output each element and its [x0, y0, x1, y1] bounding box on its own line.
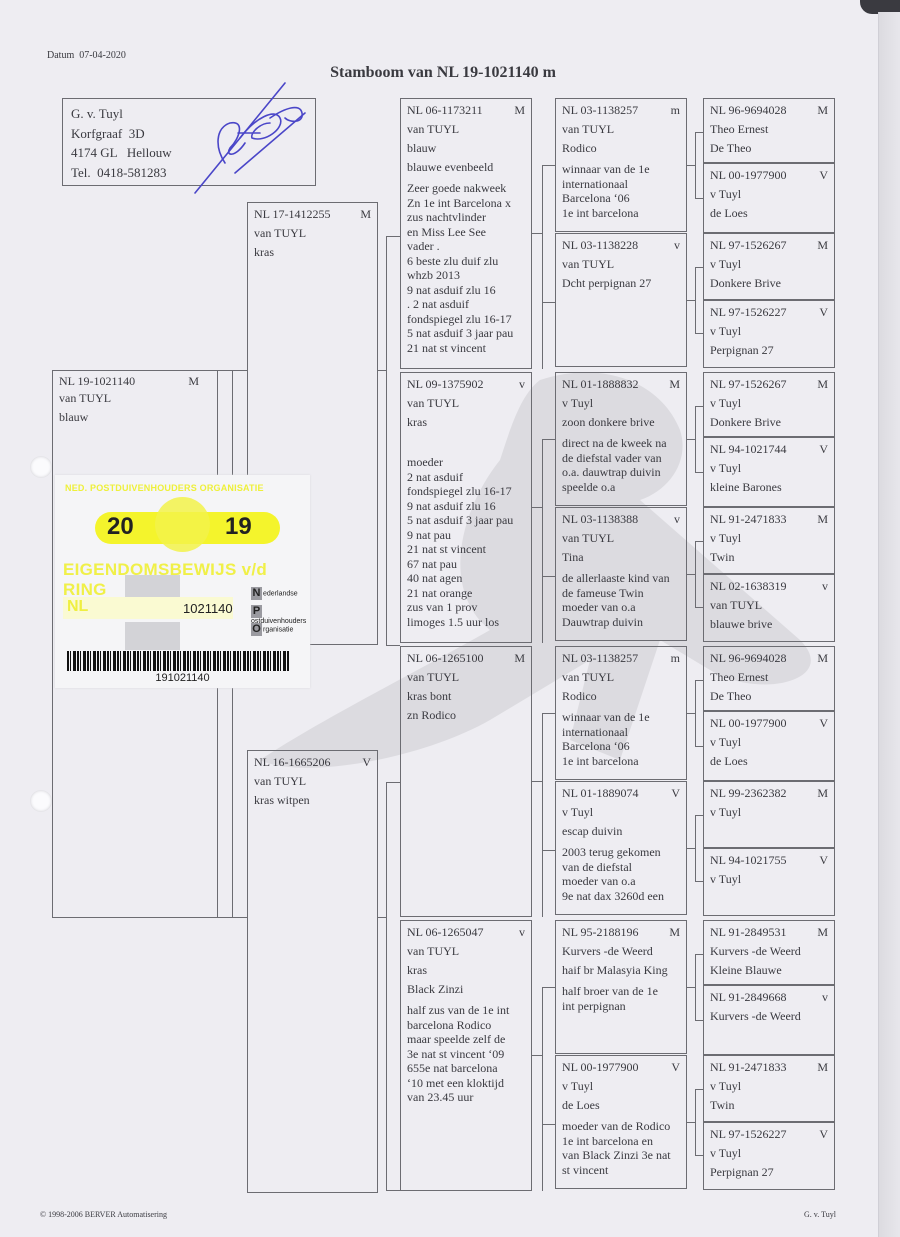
ring-number: NL 01-1888832	[562, 375, 639, 394]
gen3-ancestor-box: NL 01-1888832Mv Tuylzoon donkere brivedi…	[555, 372, 687, 506]
ancestor-line: zoon donkere brive	[562, 413, 680, 432]
ancestor-line: v Tuyl	[710, 459, 828, 478]
gen3-ancestor-box: NL 03-1138257mvan TUYLRodico winnaar van…	[555, 646, 687, 780]
ancestor-line: blauwe brive	[710, 615, 828, 634]
gen2-ancestor-box: NL 09-1375902vvan TUYLkrasmoeder 2 nat a…	[400, 372, 532, 643]
ring-number: NL 09-1375902	[407, 375, 484, 394]
npo-line: Organisatie	[251, 623, 293, 636]
ring-year-right: 19	[225, 513, 252, 541]
connector-line	[532, 507, 542, 508]
sex-marker: m	[671, 101, 680, 120]
ring-number: NL 97-1526227	[710, 1125, 787, 1144]
ring-number: NL 99-2362382	[710, 784, 787, 803]
ancestor-line: Rodico	[562, 687, 680, 706]
connector-line	[386, 1190, 400, 1191]
sex-marker: V	[362, 753, 371, 772]
connector-line	[695, 267, 703, 268]
sex-marker: V	[819, 303, 828, 322]
ancestor-line: kras bont	[407, 687, 525, 706]
ancestor-line: Kurvers -de Weerd	[562, 942, 680, 961]
ring-number: NL 06-1265100	[407, 649, 484, 668]
gen4-ancestor-box: NL 02-1638319vvan TUYLblauwe brive	[703, 574, 835, 642]
barcode	[67, 651, 289, 671]
gen1-ancestor-box: NL 16-1665206Vvan TUYLkras witpen	[247, 750, 378, 1193]
sex-marker: v	[822, 577, 828, 596]
gen4-ancestor-box: NL 96-9694028MTheo ErnestDe Theo	[703, 646, 835, 711]
connector-line	[695, 954, 703, 955]
ancestor-line: van TUYL	[254, 224, 371, 243]
sex-marker: V	[819, 1125, 828, 1144]
ring-number: NL 94-1021755	[710, 851, 787, 870]
ancestor-notes: winnaar van de 1e internationaal Barcelo…	[562, 710, 680, 768]
gen4-ancestor-box: NL 91-2849668vKurvers -de Weerd	[703, 985, 835, 1055]
connector-line	[386, 782, 400, 783]
ancestor-line: kras	[407, 961, 525, 980]
ancestor-line: van TUYL	[562, 529, 680, 548]
ring-organisation: NED. POSTDUIVENHOUDERS ORGANISATIE	[65, 483, 264, 493]
ring-number: NL 97-1526267	[710, 236, 787, 255]
ancestor-line: van TUYL	[710, 596, 828, 615]
ancestor-line: Kleine Blauwe	[710, 961, 828, 980]
ring-ownership-card: NED. POSTDUIVENHOUDERS ORGANISATIE 20 19…	[55, 475, 310, 688]
ancestor-line: Dcht perpignan 27	[562, 274, 680, 293]
ancestor-line: Donkere Brive	[710, 274, 828, 293]
sex-marker: v	[674, 510, 680, 529]
connector-line	[695, 541, 696, 607]
connector-line	[687, 165, 695, 166]
connector-line	[695, 472, 703, 473]
ring-year-left: 20	[107, 513, 134, 541]
connector-line	[386, 236, 387, 646]
ancestor-line: Kurvers -de Weerd	[710, 1007, 828, 1026]
ancestor-line: Perpignan 27	[710, 1163, 828, 1182]
ancestor-line: v Tuyl	[562, 394, 680, 413]
gen4-ancestor-box: NL 00-1977900Vv Tuylde Loes	[703, 163, 835, 233]
ancestor-line: v Tuyl	[710, 394, 828, 413]
ancestor-notes: de allerlaaste kind van de fameuse Twin …	[562, 571, 680, 629]
connector-line	[687, 987, 695, 988]
connector-line	[695, 881, 703, 882]
ring-number: NL 91-2849668	[710, 988, 787, 1007]
connector-line	[542, 987, 543, 1191]
connector-line	[695, 1089, 703, 1090]
date-value: 07-04-2020	[79, 50, 126, 61]
ancestor-line: Donkere Brive	[710, 413, 828, 432]
connector-line	[378, 917, 386, 918]
ancestor-line: van TUYL	[407, 120, 525, 139]
connector-line	[695, 541, 703, 542]
date-line: Datum 07-04-2020	[47, 50, 126, 61]
sex-marker: v	[674, 236, 680, 255]
gen4-ancestor-box: NL 00-1977900Vv Tuylde Loes	[703, 711, 835, 781]
sex-marker: V	[819, 851, 828, 870]
connector-line	[532, 781, 542, 782]
connector-line	[695, 132, 696, 198]
ancestor-line: van TUYL	[407, 394, 525, 413]
gen4-ancestor-box: NL 91-2471833Mv TuylTwin	[703, 507, 835, 574]
connector-line	[695, 333, 703, 334]
connector-line	[687, 848, 695, 849]
barcode-number: 191021140	[55, 672, 310, 684]
sex-marker: M	[817, 1058, 828, 1077]
ancestor-notes: 2003 terug gekomen van de diefstal moede…	[562, 845, 680, 903]
ancestor-line: Tina	[562, 548, 680, 567]
punch-hole	[30, 790, 52, 812]
lion-emblem-icon	[155, 497, 210, 552]
connector-line	[532, 233, 542, 234]
ancestor-line: Perpignan 27	[710, 341, 828, 360]
subject-sex: M	[188, 373, 199, 390]
ring-number: NL 00-1977900	[710, 714, 787, 733]
sex-marker: M	[817, 101, 828, 120]
ancestor-line: blauw	[407, 139, 525, 158]
gen2-ancestor-box: NL 06-1173211Mvan TUYLblauwblauwe evenbe…	[400, 98, 532, 369]
connector-line	[695, 1155, 703, 1156]
connector-line	[542, 576, 555, 577]
gen4-ancestor-box: NL 94-1021755Vv Tuyl	[703, 848, 835, 916]
connector-line	[695, 198, 703, 199]
ancestor-line: haif br Malasyia King	[562, 961, 680, 980]
ancestor-line: v Tuyl	[710, 255, 828, 274]
sex-marker: M	[360, 205, 371, 224]
ancestor-line: van TUYL	[254, 772, 371, 791]
ring-number: 1021140	[183, 601, 233, 616]
pedigree-sheet: Datum 07-04-2020 Stamboom van NL 19-1021…	[0, 0, 880, 1237]
ancestor-line: van TUYL	[562, 255, 680, 274]
sex-marker: M	[817, 510, 828, 529]
ring-number: NL 06-1265047	[407, 923, 484, 942]
gen2-ancestor-box: NL 06-1265047vvan TUYLkrasBlack Zinzi ha…	[400, 920, 532, 1191]
ancestor-line: v Tuyl	[710, 870, 828, 889]
ring-number: NL 91-2471833	[710, 510, 787, 529]
sex-marker: v	[519, 923, 525, 942]
footer-copyright: © 1998-2006 BERVER Automatisering	[40, 1210, 167, 1219]
ring-number: NL 91-2849531	[710, 923, 787, 942]
gen3-ancestor-box: NL 01-1889074Vv Tuylescap duivin2003 ter…	[555, 781, 687, 915]
connector-line	[695, 680, 696, 746]
gen4-ancestor-box: NL 94-1021744Vv Tuylkleine Barones	[703, 437, 835, 507]
ancestor-notes: winnaar van de 1e internationaal Barcelo…	[562, 162, 680, 220]
connector-line	[695, 1020, 703, 1021]
connector-line	[695, 406, 696, 472]
connector-line	[687, 713, 695, 714]
ring-number: NL 01-1889074	[562, 784, 639, 803]
ancestor-line: de Loes	[710, 204, 828, 223]
ancestor-line: van TUYL	[407, 668, 525, 687]
connector-line	[532, 1055, 542, 1056]
connector-line	[695, 406, 703, 407]
gen4-ancestor-box: NL 91-2849531MKurvers -de WeerdKleine Bl…	[703, 920, 835, 985]
ring-country: NL	[67, 598, 88, 616]
ancestor-line: kleine Barones	[710, 478, 828, 497]
ring-number: NL 16-1665206	[254, 753, 331, 772]
sex-marker: M	[817, 649, 828, 668]
connector-line	[542, 165, 555, 166]
gen3-ancestor-box: NL 00-1977900Vv Tuylde Loesmoeder van de…	[555, 1055, 687, 1189]
connector-line	[695, 815, 703, 816]
sex-marker: M	[817, 784, 828, 803]
ring-number: NL 91-2471833	[710, 1058, 787, 1077]
ancestor-line: Theo Ernest	[710, 120, 828, 139]
sex-marker: M	[669, 375, 680, 394]
connector-line	[218, 370, 232, 371]
sex-marker: M	[514, 101, 525, 120]
ancestor-line: v Tuyl	[710, 1144, 828, 1163]
ring-number: NL 03-1138257	[562, 101, 638, 120]
gen4-ancestor-box: NL 97-1526227Vv TuylPerpignan 27	[703, 300, 835, 368]
connector-line	[687, 1122, 695, 1123]
ancestor-line: v Tuyl	[710, 733, 828, 752]
connector-line	[695, 132, 703, 133]
ancestor-line: escap duivin	[562, 822, 680, 841]
gen4-ancestor-box: NL 96-9694028MTheo ErnestDe Theo	[703, 98, 835, 163]
connector-line	[542, 165, 543, 369]
ancestor-line: Rodico	[562, 139, 680, 158]
ancestor-line: de Loes	[562, 1096, 680, 1115]
connector-line	[695, 815, 696, 881]
connector-line	[687, 439, 695, 440]
sex-marker: v	[519, 375, 525, 394]
gen4-ancestor-box: NL 97-1526227Vv TuylPerpignan 27	[703, 1122, 835, 1190]
connector-line	[386, 236, 400, 237]
ancestor-line: v Tuyl	[710, 529, 828, 548]
subject-ring: NL 19-1021140	[59, 373, 135, 390]
ancestor-notes: direct na de kweek na de diefstal vader …	[562, 436, 680, 494]
connector-line	[542, 1124, 555, 1125]
sex-marker: M	[817, 375, 828, 394]
ring-number: NL 97-1526267	[710, 375, 787, 394]
ancestor-line: v Tuyl	[710, 1077, 828, 1096]
sex-marker: M	[514, 649, 525, 668]
connector-line	[542, 713, 543, 917]
ancestor-line: Kurvers -de Weerd	[710, 942, 828, 961]
signature-icon	[190, 78, 310, 198]
connector-line	[386, 782, 387, 1190]
gen4-ancestor-box: NL 97-1526267Mv TuylDonkere Brive	[703, 233, 835, 300]
gen4-ancestor-box: NL 91-2471833Mv TuylTwin	[703, 1055, 835, 1122]
sex-marker: M	[817, 923, 828, 942]
footer-owner: G. v. Tuyl	[804, 1210, 836, 1219]
ancestor-line: v Tuyl	[562, 803, 680, 822]
ring-number: NL 06-1173211	[407, 101, 483, 120]
ancestor-line: kras	[254, 243, 371, 262]
ring-number: NL 96-9694028	[710, 101, 787, 120]
ring-number: NL 95-2188196	[562, 923, 639, 942]
sex-marker: V	[819, 714, 828, 733]
sex-marker: V	[671, 1058, 680, 1077]
ring-number: NL 96-9694028	[710, 649, 787, 668]
sex-marker: V	[819, 166, 828, 185]
page-edge	[878, 12, 900, 1237]
connector-line	[386, 645, 400, 646]
sex-marker: v	[822, 988, 828, 1007]
connector-line	[695, 267, 696, 333]
ring-number: NL 97-1526227	[710, 303, 787, 322]
date-label: Datum	[47, 50, 74, 61]
gen4-ancestor-box: NL 97-1526267Mv TuylDonkere Brive	[703, 372, 835, 437]
ancestor-notes: half zus van de 1e int barcelona Rodico …	[407, 1003, 525, 1105]
gen3-ancestor-box: NL 03-1138388vvan TUYLTinade allerlaaste…	[555, 507, 687, 641]
connector-line	[378, 370, 386, 371]
sex-marker: M	[817, 236, 828, 255]
subject-line: van TUYL	[59, 390, 211, 407]
ancestor-line	[407, 432, 525, 451]
connector-line	[695, 954, 696, 1020]
gen3-ancestor-box: NL 95-2188196MKurvers -de Weerdhaif br M…	[555, 920, 687, 1054]
gen3-ancestor-box: NL 03-1138228vvan TUYLDcht perpignan 27	[555, 233, 687, 367]
subject-line: blauw	[59, 409, 211, 426]
connector-line	[232, 370, 247, 371]
connector-line	[232, 917, 247, 918]
ancestor-line: Twin	[710, 548, 828, 567]
ancestor-line: v Tuyl	[562, 1077, 680, 1096]
connector-line	[695, 607, 703, 608]
ancestor-line: v Tuyl	[710, 803, 828, 822]
ring-number: NL 00-1977900	[710, 166, 787, 185]
gen3-ancestor-box: NL 03-1138257mvan TUYLRodico winnaar van…	[555, 98, 687, 232]
npo-line: Postduivenhouders	[251, 605, 310, 625]
ancestor-line: Theo Ernest	[710, 668, 828, 687]
connector-line	[542, 439, 543, 643]
ancestor-line: v Tuyl	[710, 322, 828, 341]
ring-number: NL 00-1977900	[562, 1058, 639, 1077]
ancestor-line: zn Rodico	[407, 706, 525, 725]
ancestor-line: de Loes	[710, 752, 828, 771]
ancestor-line: De Theo	[710, 687, 828, 706]
ancestor-line: v Tuyl	[710, 185, 828, 204]
connector-line	[695, 746, 703, 747]
connector-line	[542, 987, 555, 988]
ancestor-line: blauwe evenbeeld	[407, 158, 525, 177]
page-title: Stamboom van NL 19-1021140 m	[0, 64, 900, 82]
ring-number: NL 17-1412255	[254, 205, 331, 224]
ring-number: NL 03-1138257	[562, 649, 638, 668]
ring-number: NL 02-1638319	[710, 577, 787, 596]
ancestor-line: van TUYL	[407, 942, 525, 961]
punch-hole	[30, 456, 52, 478]
connector-line	[542, 439, 555, 440]
ancestor-line: De Theo	[710, 139, 828, 158]
connector-line	[218, 917, 232, 918]
ancestor-line: kras witpen	[254, 791, 371, 810]
ring-number: NL 94-1021744	[710, 440, 787, 459]
ancestor-line: van TUYL	[562, 668, 680, 687]
ancestor-notes: moeder van de Rodico 1e int barcelona en…	[562, 1119, 680, 1177]
npo-line: Nederlandse	[251, 587, 298, 600]
ancestor-line: kras	[407, 413, 525, 432]
ancestor-line: van TUYL	[562, 120, 680, 139]
connector-line	[542, 850, 555, 851]
ancestor-notes: moeder 2 nat asduif fondspiegel zlu 16-1…	[407, 455, 525, 629]
connector-line	[695, 680, 703, 681]
gen2-ancestor-box: NL 06-1265100Mvan TUYLkras bontzn Rodico	[400, 646, 532, 917]
connector-line	[687, 574, 695, 575]
ring-number: NL 03-1138228	[562, 236, 638, 255]
ancestor-notes: half broer van de 1e int perpignan	[562, 984, 680, 1013]
sex-marker: V	[671, 784, 680, 803]
ancestor-line: Black Zinzi	[407, 980, 525, 999]
connector-line	[542, 713, 555, 714]
ancestor-notes: Zeer goede nakweek Zn 1e int Barcelona x…	[407, 181, 525, 355]
connector-line	[542, 302, 555, 303]
connector-line	[687, 300, 695, 301]
sex-marker: m	[671, 649, 680, 668]
sex-marker: M	[669, 923, 680, 942]
gen4-ancestor-box: NL 99-2362382Mv Tuyl	[703, 781, 835, 848]
sex-marker: V	[819, 440, 828, 459]
ring-number: NL 03-1138388	[562, 510, 638, 529]
connector-line	[695, 1089, 696, 1155]
ancestor-line: Twin	[710, 1096, 828, 1115]
